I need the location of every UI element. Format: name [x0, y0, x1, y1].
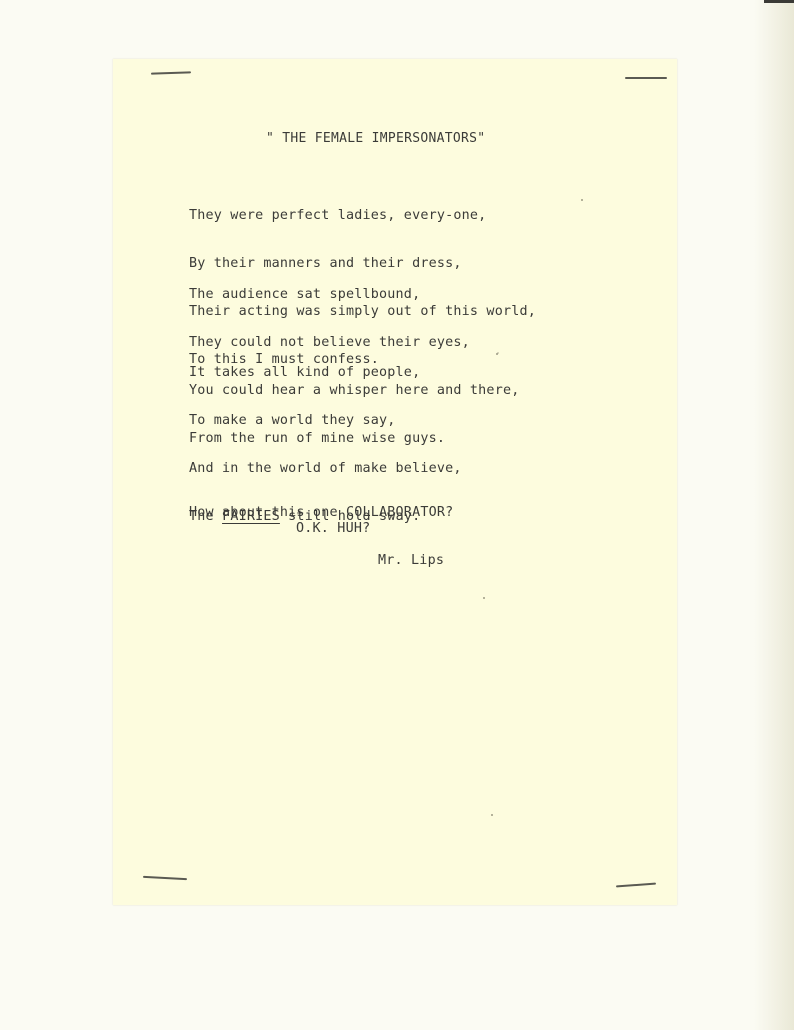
poem-line: They were perfect ladies, every-one,	[189, 208, 536, 224]
poem-line: The audience sat spellbound,	[189, 287, 519, 303]
poem-line: It takes all kind of people,	[189, 365, 462, 381]
staple-top-left	[151, 71, 191, 74]
closing-question: How about this one COLLABORATOR?	[189, 505, 453, 521]
staple-bottom-left	[143, 876, 187, 880]
staple-top-right	[625, 77, 667, 79]
typed-sheet: " THE FEMALE IMPERSONATORS" They were pe…	[113, 59, 677, 905]
paper-speck	[497, 352, 499, 354]
paper-speck	[483, 597, 485, 599]
signature: Mr. Lips	[378, 553, 444, 569]
poem-title: " THE FEMALE IMPERSONATORS"	[266, 131, 485, 147]
paper-speck	[581, 199, 583, 201]
closing-remark: O.K. HUH?	[296, 521, 370, 537]
scan-edge-mark	[764, 0, 794, 3]
staple-bottom-right	[616, 883, 656, 888]
poem-line: And in the world of make believe,	[189, 461, 462, 477]
scan-edge-shadow	[754, 0, 794, 1030]
paper-speck	[491, 814, 493, 816]
poem-line: To make a world they say,	[189, 413, 462, 429]
